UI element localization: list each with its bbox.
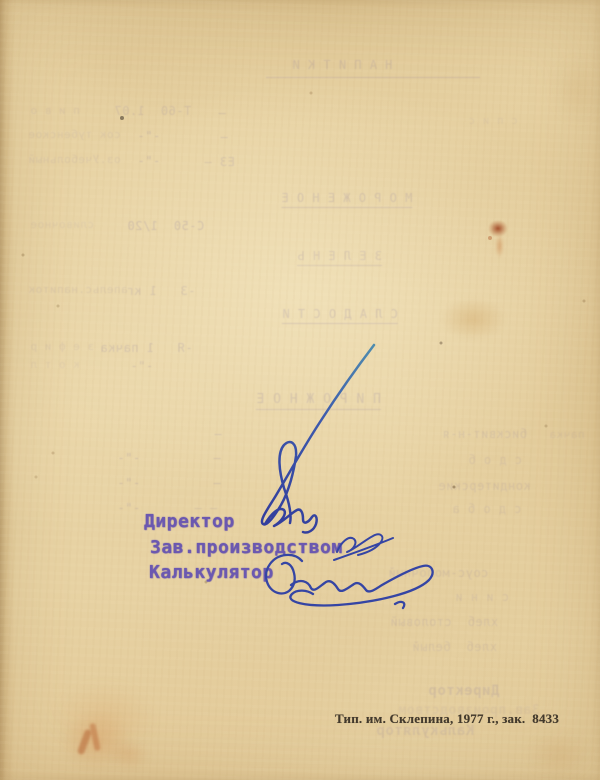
ghost-line: — xyxy=(218,106,226,120)
ghost-line: хлеб столовый xyxy=(390,615,498,629)
stain xyxy=(528,732,590,778)
ghost-line: Н А П И Т К И xyxy=(292,58,392,72)
ghost-line: С-50 1/20 xyxy=(127,219,204,233)
ghost-line: -"- xyxy=(130,359,153,373)
ghost-rule xyxy=(266,77,480,78)
calculator-signature xyxy=(266,555,432,608)
ghost-line: — xyxy=(214,427,222,441)
stain xyxy=(488,220,508,237)
stamp-line-director: Директор xyxy=(144,511,235,532)
ghost-line: Т-60 1.07 xyxy=(114,104,191,118)
ghost-line: сливочное xyxy=(30,218,94,231)
ghost-line: сок тубенское xyxy=(28,128,121,141)
ghost-line: — xyxy=(220,130,228,144)
stain xyxy=(552,58,600,122)
ghost-line: кондитерские xyxy=(438,479,531,493)
ghost-line: с д о б xyxy=(468,453,522,467)
ghost-line: — xyxy=(213,476,221,490)
stain xyxy=(52,682,156,756)
ghost-line: з е ф и р xyxy=(30,340,94,353)
ghost-line: П И Р О Ж Н О Е xyxy=(256,392,381,410)
document-page: Н А П И Т К Ип и в оТ-60 1.07—с п и ссок… xyxy=(0,0,600,780)
stamp-line-calculator: Калькулятор xyxy=(149,562,274,583)
print-shop-imprint: Тип. им. Склепина, 1977 г., зак. 8433 xyxy=(335,711,559,727)
ghost-line: хлеб белый xyxy=(412,640,497,654)
ghost-line: оз.Учебольный xyxy=(28,153,121,166)
ghost-line: Директор xyxy=(428,683,499,699)
ghost-line: пачка xyxy=(549,428,585,441)
ghost-line: п и в о xyxy=(30,104,80,117)
paper-specks xyxy=(0,0,2,2)
ghost-line: -3 1 кг xyxy=(126,284,196,298)
ghost-line: с п и с xyxy=(468,114,518,127)
ghost-line: к о т л xyxy=(30,358,80,371)
ghost-line: апельс.напиток xyxy=(28,283,128,296)
ghost-line: М О Р О Ж Е Н О Е xyxy=(281,191,412,208)
ghost-line: с д о б а xyxy=(452,502,522,516)
stain xyxy=(89,723,101,752)
ghost-line: С Л А Д О С Т И xyxy=(282,307,398,324)
stain xyxy=(77,729,92,756)
ghost-line: -"- xyxy=(117,451,140,465)
stain xyxy=(495,234,504,258)
ghost-line: -Я 1 пачка xyxy=(100,341,193,355)
ghost-line: -"- xyxy=(137,154,160,168)
ghost-line: З Е Л Е Н Ь xyxy=(297,249,382,266)
stamp-line-production-manager: Зав.производством xyxy=(150,537,343,558)
stain xyxy=(108,740,150,770)
director-signature xyxy=(262,345,374,533)
ghost-line: ЕЗ — xyxy=(204,155,235,169)
stain xyxy=(440,298,506,340)
ghost-line: -"- xyxy=(117,476,140,490)
ghost-line: -"- xyxy=(137,129,160,143)
ghost-line: бисквит-н-я xyxy=(442,427,527,441)
ghost-line: -"- xyxy=(117,501,140,515)
ghost-line: с и н и xyxy=(455,590,509,604)
ghost-line: — xyxy=(213,451,221,465)
ghost-line: соус-молочный xyxy=(388,566,488,580)
